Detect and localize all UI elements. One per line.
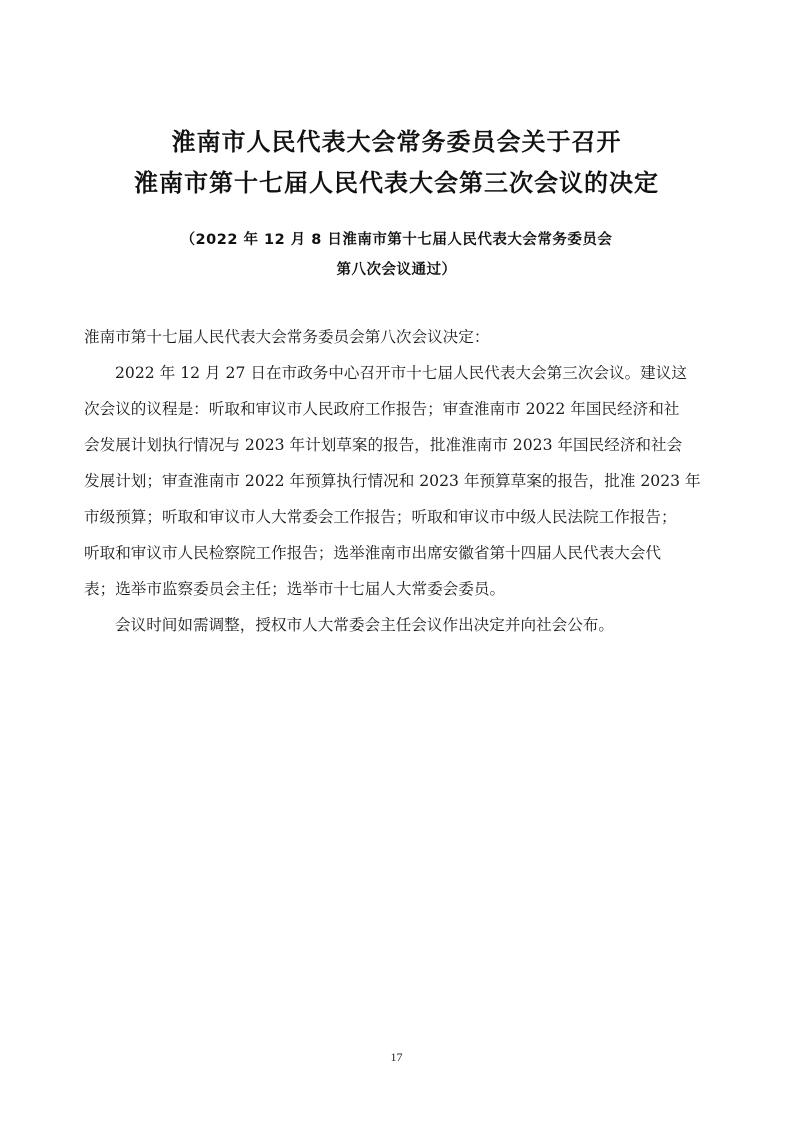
subtitle-line-2: 第八次会议通过）: [0, 258, 793, 279]
body-line-6: 听取和审议市人民检察院工作报告；选举淮南市出席安徽省第十四届人民代表大会代: [84, 541, 661, 563]
body-line-7: 表；选举市监察委员会主任；选举市十七届人大常委会委员。: [84, 577, 505, 599]
body-line-4: 发展计划；审查淮南市 2022 年预算执行情况和 2023 年预算草案的报告，批…: [84, 469, 701, 491]
body-line-closing: 会议时间如需调整，授权市人大常委会主任会议作出决定并向社会公布。: [115, 613, 614, 635]
body-line-5: 市级预算；听取和审议市人大常委会工作报告；听取和审议市中级人民法院工作报告；: [84, 505, 677, 527]
page-number: 17: [0, 1050, 793, 1065]
body-line-intro: 淮南市第十七届人民代表大会常务委员会第八次会议决定：: [84, 325, 489, 347]
subtitle-line-1: （2022 年 12 月 8 日淮南市第十七届人民代表大会常务委员会: [0, 228, 793, 249]
title-line-1: 淮南市人民代表大会常务委员会关于召开: [0, 122, 793, 157]
title-line-2: 淮南市第十七届人民代表大会第三次会议的决定: [0, 163, 793, 198]
body-line-3: 会发展计划执行情况与 2023 年计划草案的报告，批准淮南市 2023 年国民经…: [84, 433, 682, 455]
document-page: 淮南市人民代表大会常务委员会关于召开 淮南市第十七届人民代表大会第三次会议的决定…: [0, 0, 793, 1122]
body-line-2: 次会议的议程是：听取和审议市人民政府工作报告；审查淮南市 2022 年国民经济和…: [84, 397, 679, 419]
body-line-1: 2022 年 12 月 27 日在市政务中心召开市十七届人民代表大会第三次会议。…: [115, 361, 687, 383]
